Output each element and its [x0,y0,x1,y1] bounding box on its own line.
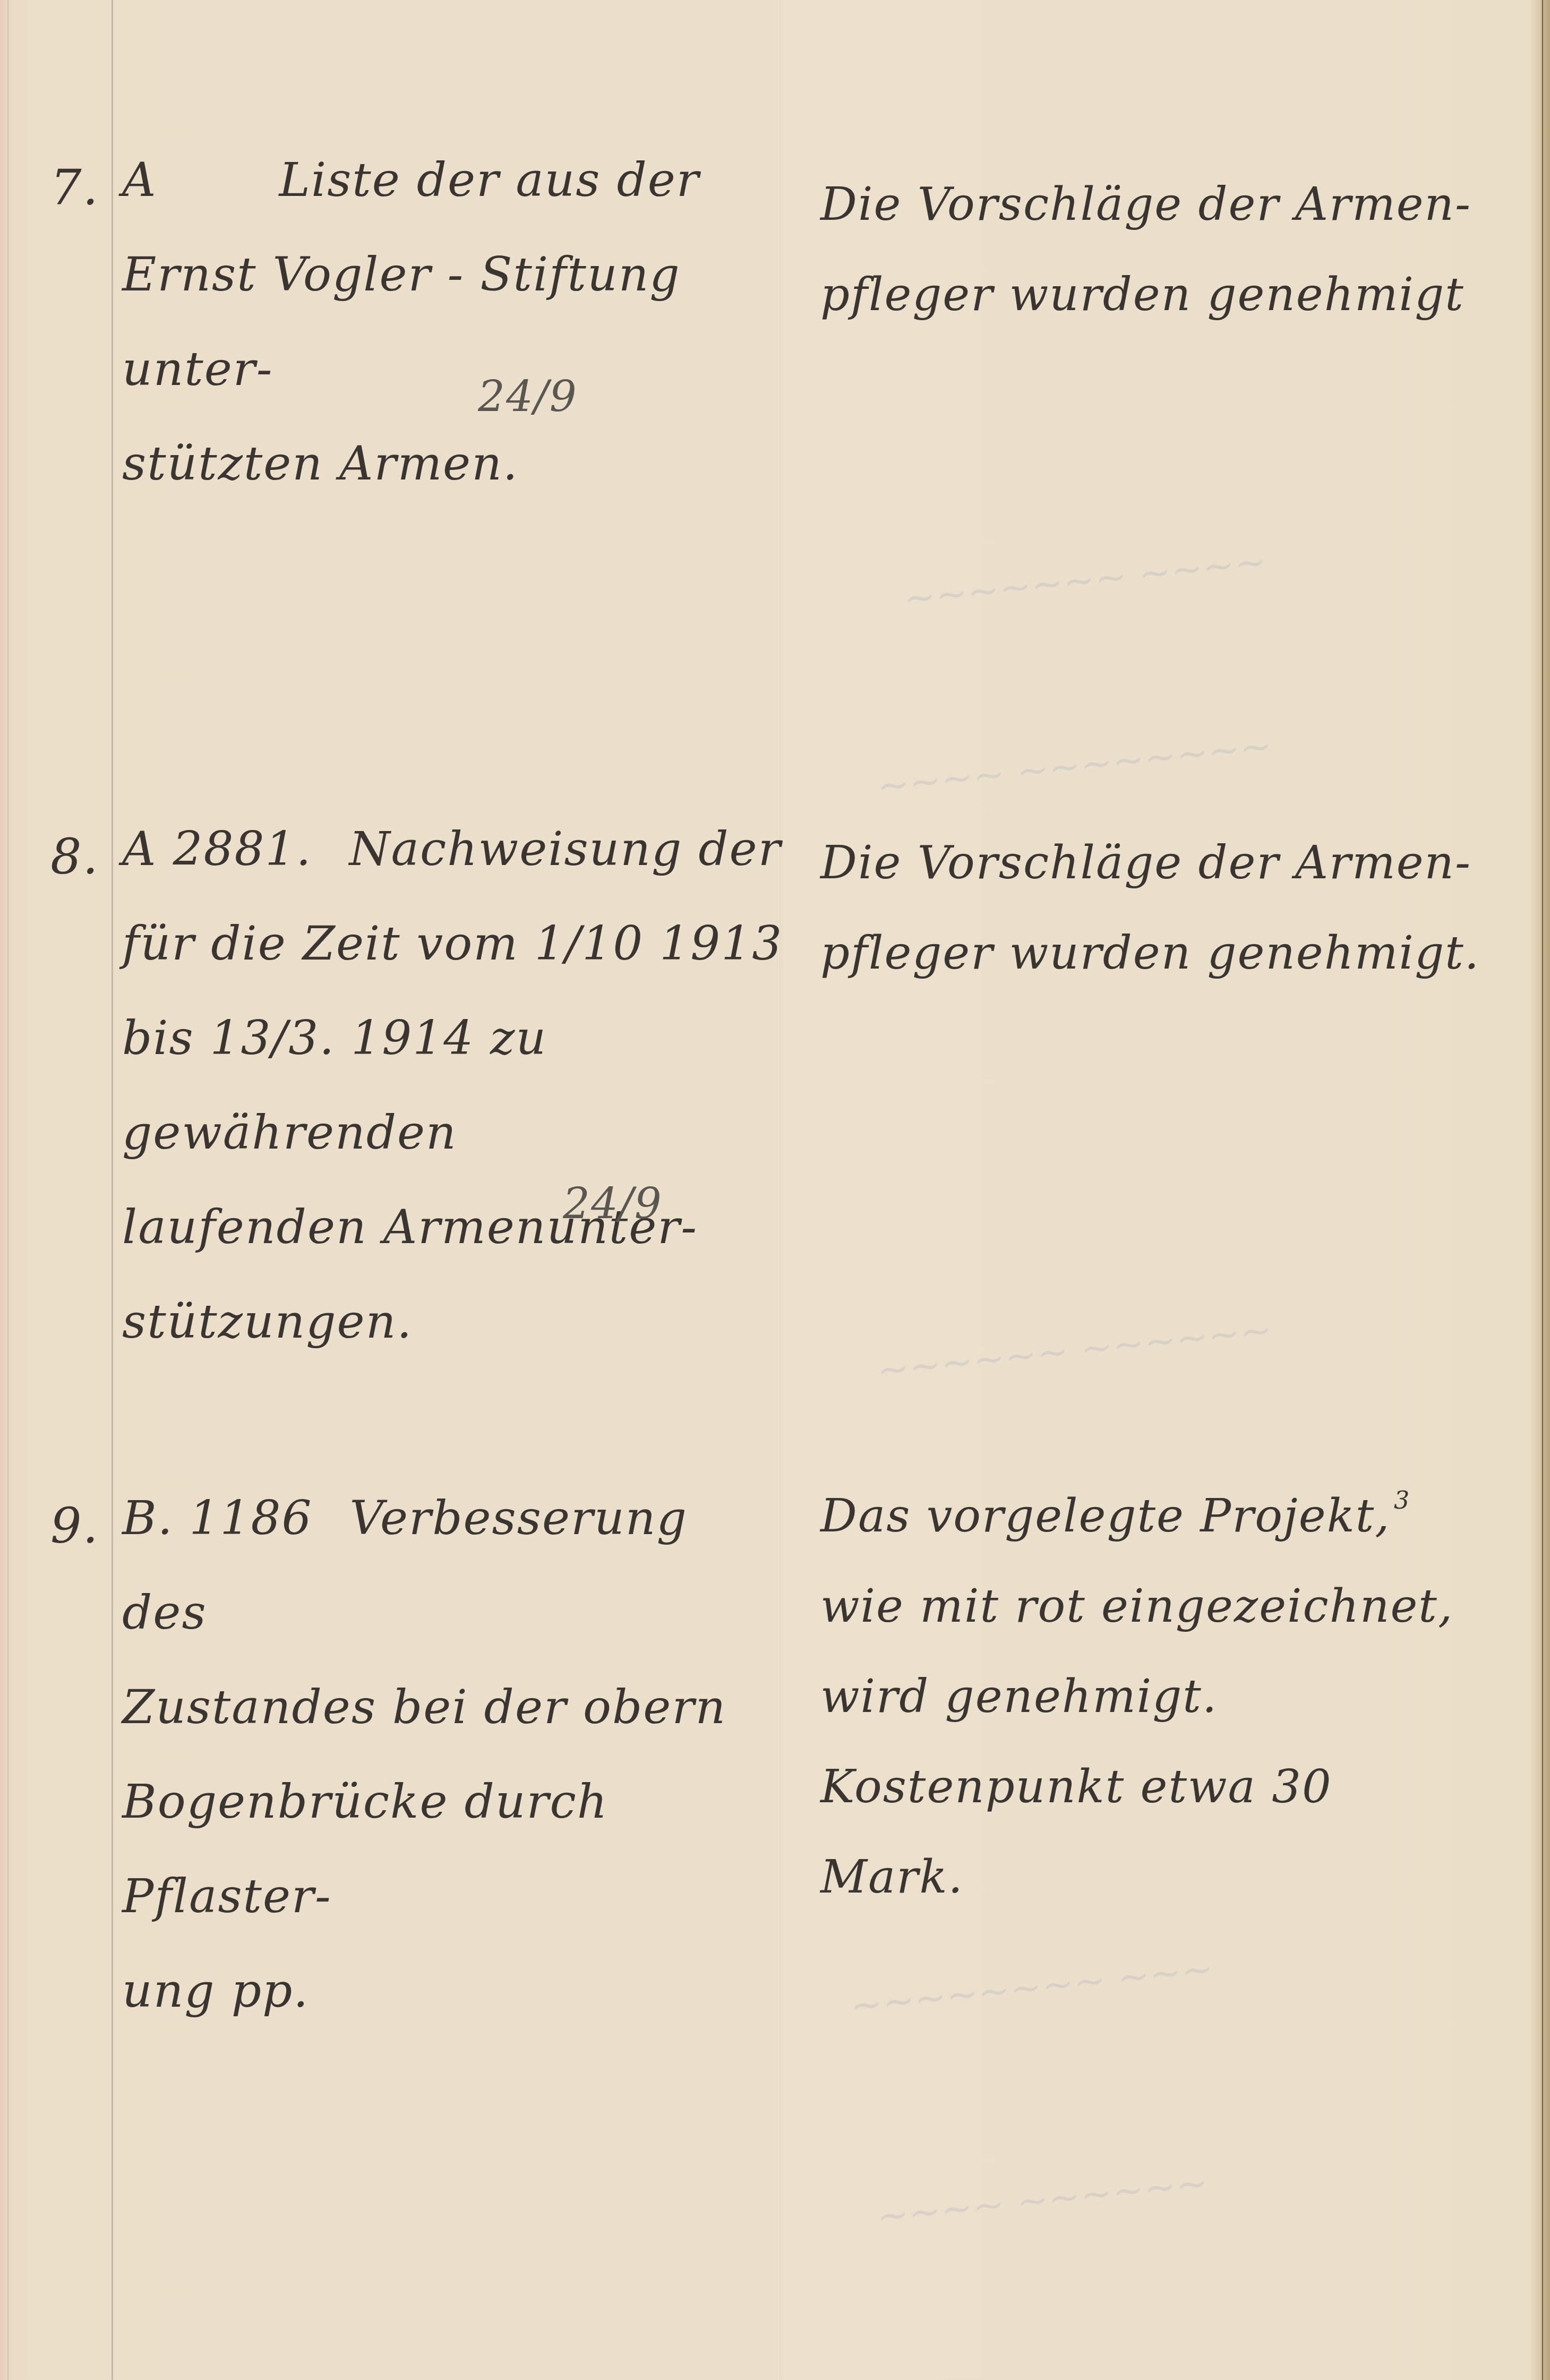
entry-line: laufenden Armenunter- [122,1180,786,1274]
decision-line: wie mit rot eingezeichnet, [820,1561,1511,1651]
right-page-edge [1542,0,1543,2380]
entry-description: A 2881. Nachweisung der für die Zeit vom… [122,802,786,1369]
date-mark: 24/9 [478,372,578,421]
entry-line: ung pp. [122,1944,786,2038]
entry-reference: B. 1186 [122,1491,313,1545]
entry-line-text: Nachweisung der [349,821,781,876]
entry-description: A Liste der aus der Ernst Vogler - Stift… [122,133,786,511]
bleed-through-text: ~~~~~~ ~~~~~~ [875,1307,1274,1393]
decision-line: Mark. [820,1832,1511,1922]
register-page: ~~~~~~~ ~~~~ ~~~~ ~~~~~~~~ ~~~~~~ ~~~~~~… [0,0,1550,2380]
bleed-through-text: ~~~~~~~~ ~~~ [848,1946,1215,2028]
superscript-correction: 3 [1394,1455,1410,1545]
decision-line: pfleger wurden genehmigt. [820,908,1511,998]
bleed-through-text: ~~~~ ~~~~~~~~ [875,723,1274,809]
entry-number: 9. [50,1497,99,1554]
margin-rule [112,0,113,2380]
decision-line: wird genehmigt. [820,1651,1511,1742]
entry-reference: A 2881. [122,821,312,876]
entry-line: B. 1186 Verbesserung des [122,1471,786,1660]
entry-line: stützungen. [122,1274,786,1369]
entry-number: 8. [50,828,99,885]
decision-line-text: Kostenpunkt etwa 30 [820,1760,1332,1813]
entry-line: A Liste der aus der [122,133,786,227]
entry-decision: Die Vorschläge der Armen- pfleger wurden… [820,818,1511,998]
entry-line-text: Liste der aus der [279,152,700,207]
entry-line: Ernst Vogler - Stiftung unter- [122,227,786,416]
entry-line: bis 13/3. 1914 zu gewährenden [122,991,786,1180]
bleed-through-text: ~~~~ ~~~~~~ [875,2160,1210,2239]
entry-line: Bogenbrücke durch Pflaster- [122,1754,786,1944]
decision-line: Die Vorschläge der Armen- [820,818,1511,908]
left-page-edge [7,0,8,2380]
entry-decision: Das vorgelegte Projekt, wie mit rot eing… [820,1471,1511,1922]
entry-number: 7. [50,159,99,216]
entry-reference: A [122,152,157,207]
entry-line: stützten Armen. [122,416,786,511]
bleed-through-text: ~~~~~~~ ~~~~ [901,538,1269,621]
decision-line: Die Vorschläge der Armen- [820,159,1511,250]
entry-decision: Die Vorschläge der Armen- pfleger wurden… [820,159,1511,340]
entry-line: A 2881. Nachweisung der [122,802,786,896]
decision-line: pfleger wurden genehmigt [820,250,1511,340]
decision-line: 3 Kostenpunkt etwa 30 [820,1742,1511,1832]
entry-description: B. 1186 Verbesserung des Zustandes bei d… [122,1471,786,2038]
entry-line: für die Zeit vom 1/10 1913 [122,896,786,991]
entry-line: Zustandes bei der obern [122,1660,786,1754]
date-mark: 24/9 [563,1179,663,1228]
